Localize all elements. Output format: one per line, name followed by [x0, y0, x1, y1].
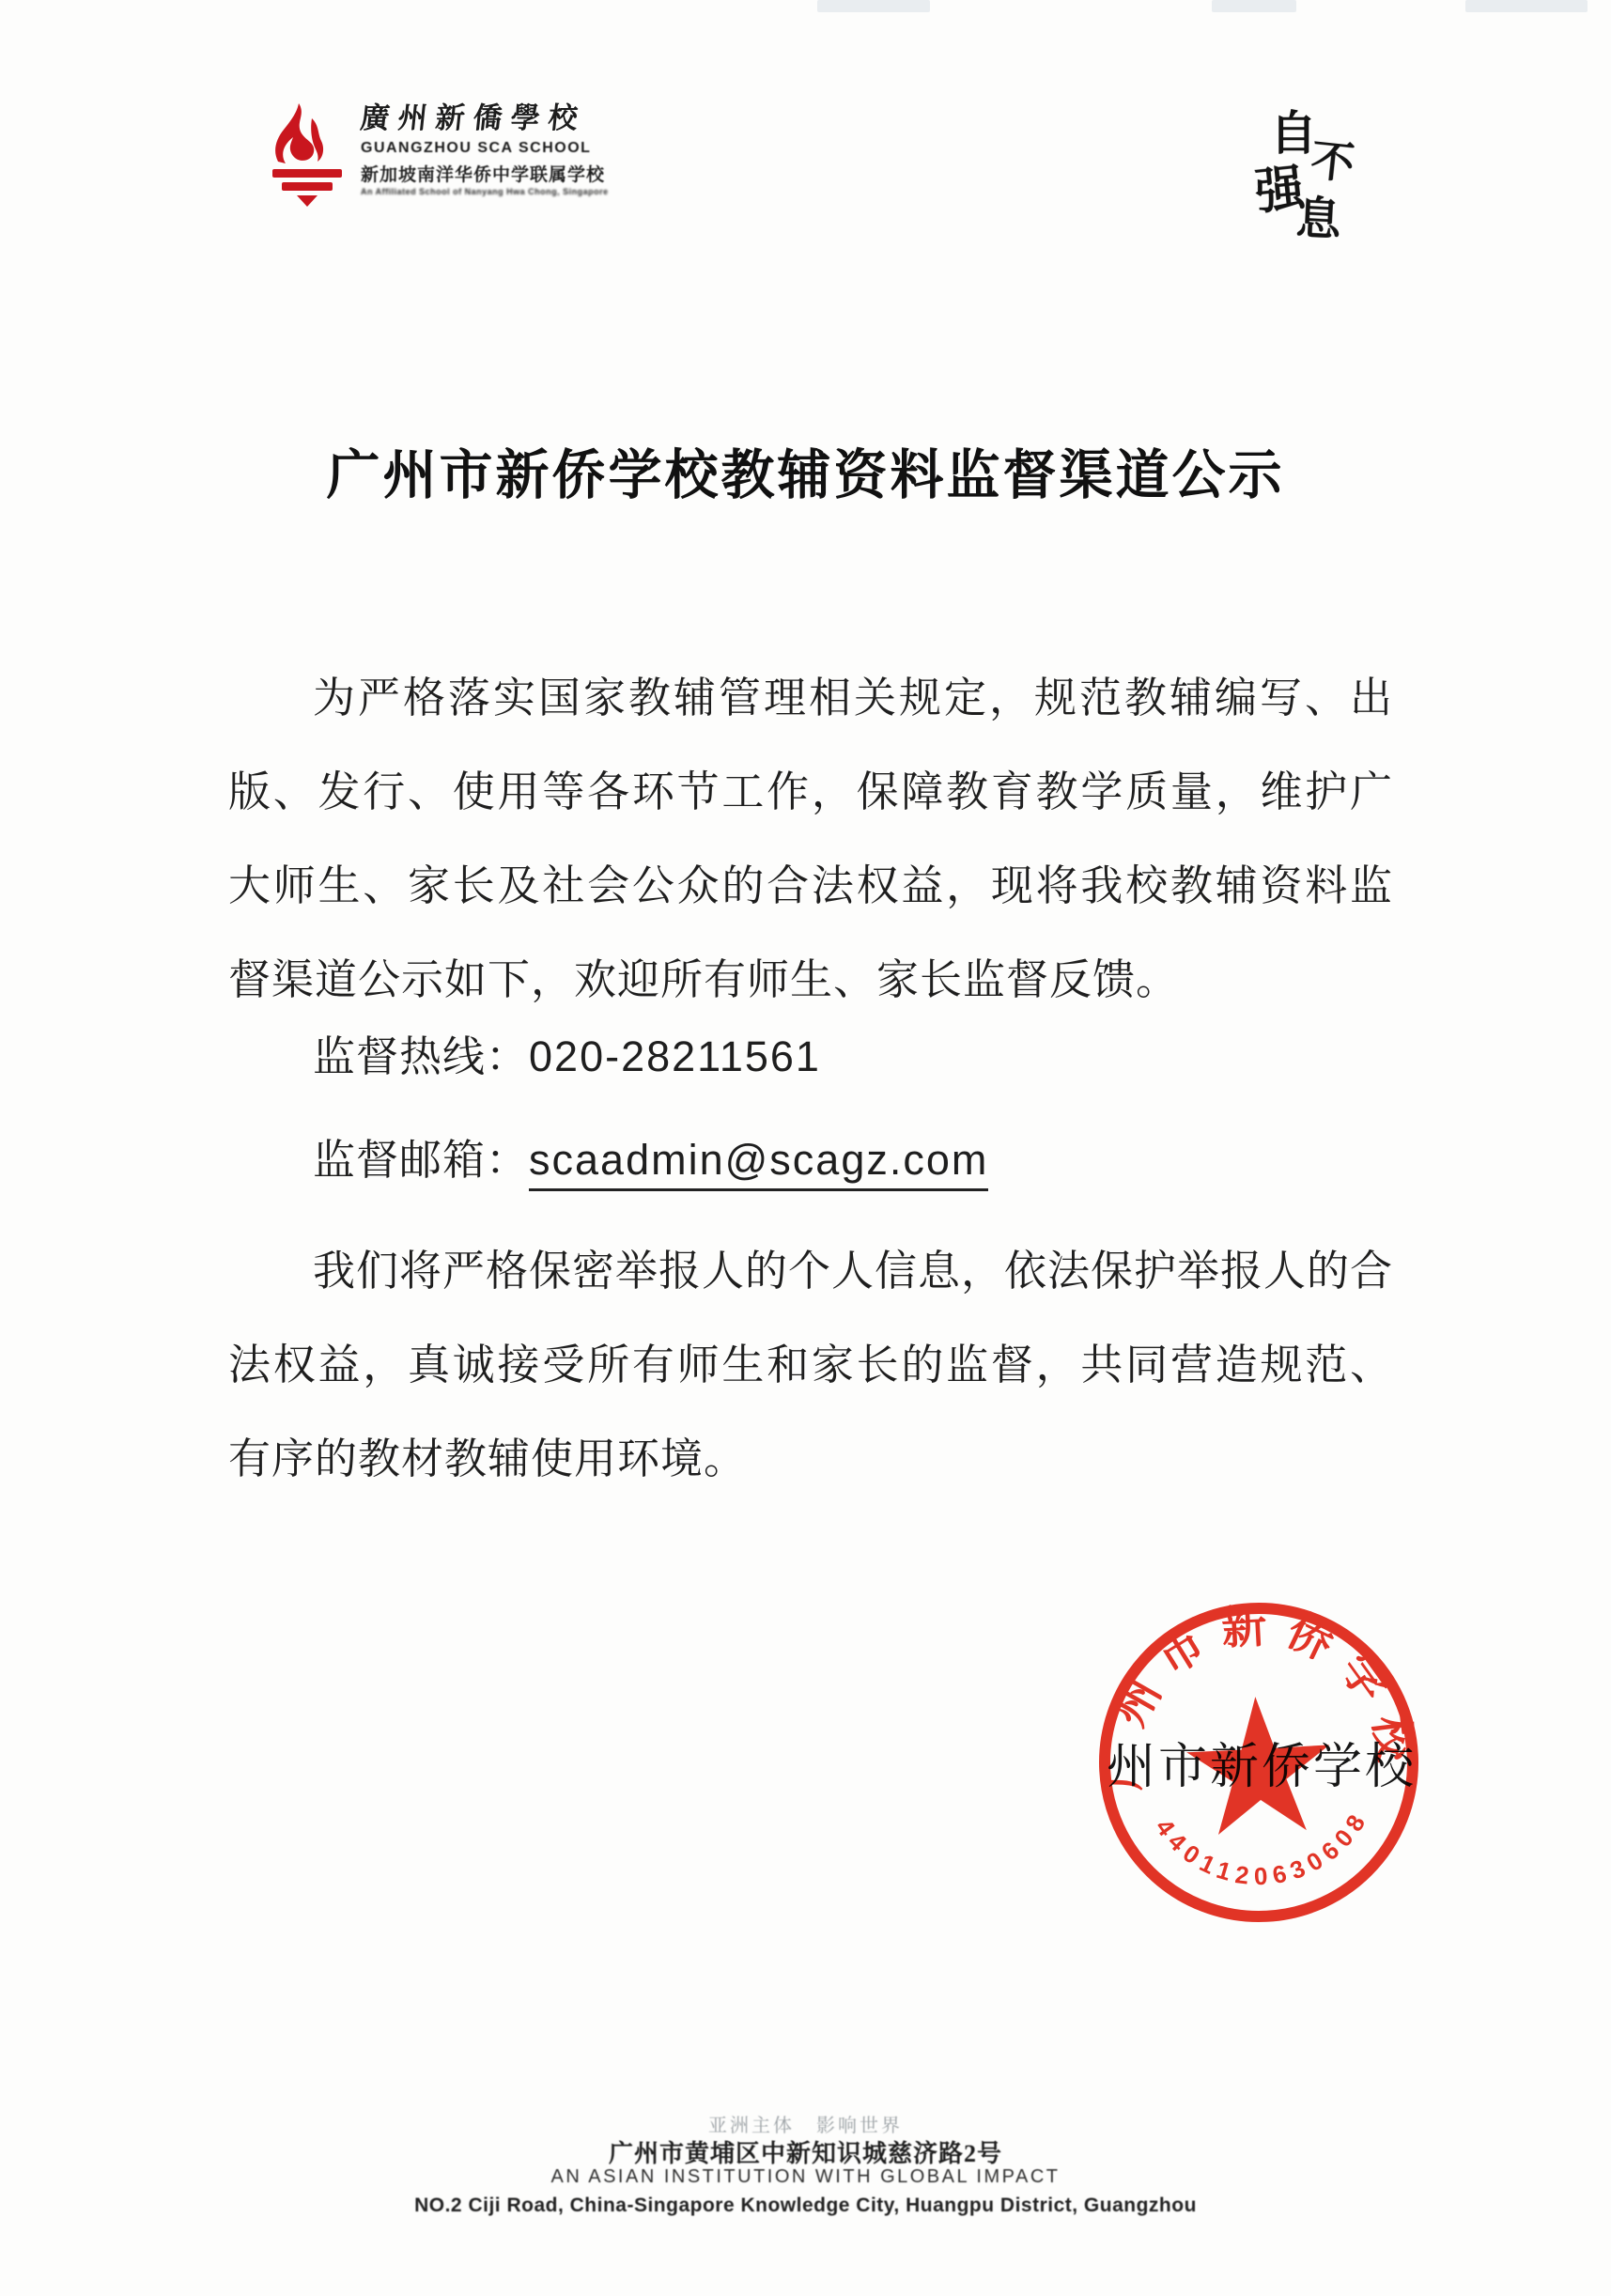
school-name-zh: 廣州新僑學校	[359, 94, 611, 136]
hotline-number: 020-28211561	[529, 1032, 821, 1080]
hotline-line: 监督热线：020-28211561	[228, 1022, 1393, 1083]
seal-code: 4401120630608	[1149, 1803, 1377, 1896]
scan-artifact	[1212, 0, 1296, 12]
footer-slogan-zh: 亚洲主体 影响世界	[0, 2110, 1611, 2137]
svg-text:4401120630608: 4401120630608	[1149, 1803, 1377, 1896]
school-name-en: GUANGZHOU SCA SCHOOL	[361, 140, 609, 157]
footer-slogan-en: AN ASIAN INSTITUTION WITH GLOBAL IMPACT	[0, 2166, 1611, 2188]
calligraphy-motto: 自 不 强 息	[1257, 96, 1379, 232]
scan-artifact	[1465, 0, 1588, 12]
scan-artifact	[817, 0, 930, 12]
school-logo: 廣州新僑學校 GUANGZHOU SCA SCHOOL 新加坡南洋华侨中学联属学…	[271, 94, 609, 207]
torch-flame-icon	[271, 101, 344, 207]
scanned-document-page: 廣州新僑學校 GUANGZHOU SCA SCHOOL 新加坡南洋华侨中学联属学…	[0, 0, 1611, 2296]
paragraph-intro: 为严格落实国家教辅管理相关规定，规范教辅编写、出版、发行、使用等各环节工作，保障…	[228, 651, 1393, 1027]
email-address: scaadmin@scagz.com	[529, 1136, 988, 1191]
email-label: 监督邮箱：	[313, 1137, 529, 1184]
seal-star-icon	[1184, 1693, 1334, 1836]
hotline-label: 监督热线：	[313, 1033, 529, 1080]
footer-address-zh: 广州市黄埔区中新知识城慈济路2号	[0, 2134, 1611, 2169]
motto-char: 息	[1294, 181, 1343, 248]
email-line: 监督邮箱：scaadmin@scagz.com	[228, 1125, 1393, 1187]
paragraph-closing: 我们将严格保密举报人的个人信息，依法保护举报人的合法权益，真诚接受所有师生和家长…	[228, 1224, 1393, 1506]
footer-address-en: NO.2 Ciji Road, China-Singapore Knowledg…	[0, 2195, 1611, 2217]
official-red-seal: 广州市新侨学校 4401120630608	[1081, 1585, 1436, 1940]
school-affiliation-en: An Affiliated School of Nanyang Hwa Chon…	[361, 187, 609, 196]
school-affiliation-zh: 新加坡南洋华侨中学联属学校	[361, 161, 609, 186]
document-title: 广州市新侨学校教辅资料监督渠道公示	[0, 432, 1611, 509]
